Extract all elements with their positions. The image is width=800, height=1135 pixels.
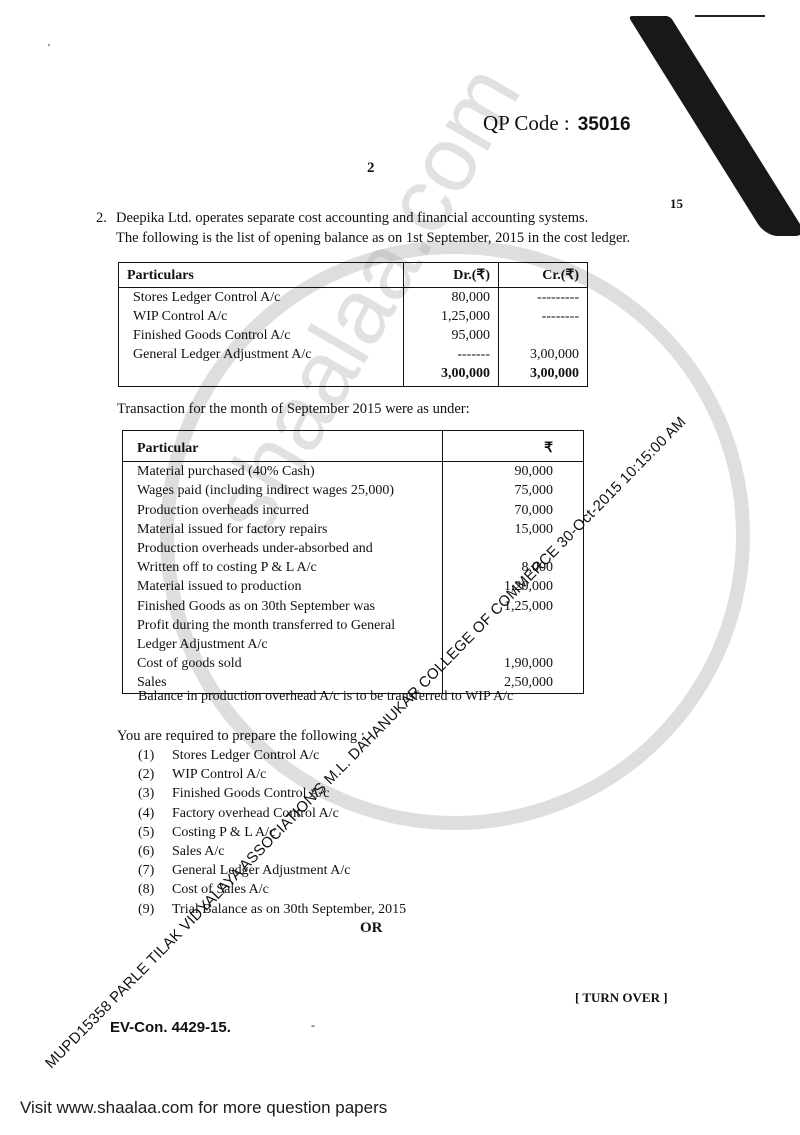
- cell-amount: [443, 539, 584, 558]
- cell-cr: 3,00,000: [499, 364, 588, 387]
- item-number: (9): [138, 900, 172, 919]
- cell-particular: Written off to costing P & L A/c: [123, 558, 443, 577]
- scan-smudge: [628, 16, 800, 236]
- item-number: (3): [138, 784, 172, 803]
- item-text: Cost of Sales A/c: [172, 880, 269, 899]
- item-text: Trial Balance as on 30th September, 2015: [172, 900, 406, 919]
- header-amount: ₹: [443, 431, 584, 462]
- table-header-row: Particular ₹: [123, 431, 584, 462]
- cell-amount: 15,000: [443, 520, 584, 539]
- cell-dr: -------: [404, 345, 499, 364]
- cell-amount: 1,90,000: [443, 654, 584, 673]
- transactions-table: Particular ₹ Material purchased (40% Cas…: [122, 430, 584, 694]
- cell-amount: [443, 635, 584, 654]
- table-row: Production overheads incurred70,000: [123, 501, 584, 520]
- item-number: (2): [138, 765, 172, 784]
- item-text: Stores Ledger Control A/c: [172, 746, 319, 765]
- table-row: Cost of goods sold1,90,000: [123, 654, 584, 673]
- ev-con-code: EV-Con. 4429-15.: [110, 1019, 231, 1036]
- cell-particular: Profit during the month transferred to G…: [123, 616, 443, 635]
- overhead-note: Balance in production overhead A/c is to…: [138, 689, 513, 705]
- question-number: 2.: [96, 208, 116, 228]
- cell-amount: 70,000: [443, 501, 584, 520]
- item-number: (6): [138, 842, 172, 861]
- scan-line: [695, 15, 765, 17]
- item-text: Finished Goods Control A/c: [172, 784, 330, 803]
- header-dr: Dr.(₹): [404, 263, 499, 288]
- opening-balance-table: Particulars Dr.(₹) Cr.(₹) Stores Ledger …: [118, 262, 588, 387]
- stray-mark: -: [311, 1018, 315, 1033]
- cell-cr: ---------: [499, 288, 588, 308]
- table-row: Material issued for factory repairs15,00…: [123, 520, 584, 539]
- item-number: (1): [138, 746, 172, 765]
- item-number: (5): [138, 823, 172, 842]
- cell-particular: Production overheads under-absorbed and: [123, 539, 443, 558]
- item-text: Factory overhead Control A/c: [172, 804, 339, 823]
- cell-particulars: Finished Goods Control A/c: [119, 326, 404, 345]
- list-item: (9)Trial Balance as on 30th September, 2…: [138, 900, 406, 919]
- transactions-intro: Transaction for the month of September 2…: [117, 401, 470, 418]
- qp-code-value: 35016: [578, 114, 631, 135]
- table-row: Wages paid (including indirect wages 25,…: [123, 481, 584, 500]
- list-item: (8)Cost of Sales A/c: [138, 880, 406, 899]
- visit-footer: Visit www.shaalaa.com for more question …: [20, 1098, 387, 1118]
- list-item: (5)Costing P & L A/c: [138, 823, 406, 842]
- requirements-intro: You are required to prepare the followin…: [117, 728, 365, 745]
- qp-code-label: QP Code :: [483, 111, 570, 135]
- qp-code: QP Code :35016: [483, 111, 631, 136]
- cell-amount: 1,25,000: [443, 597, 584, 616]
- cell-particulars: General Ledger Adjustment A/c: [119, 345, 404, 364]
- cell-amount: [443, 616, 584, 635]
- question-marks: 15: [670, 196, 683, 212]
- table-row: Profit during the month transferred to G…: [123, 616, 584, 635]
- cell-particulars: [119, 364, 404, 387]
- table-row: General Ledger Adjustment A/c-------3,00…: [119, 345, 588, 364]
- requirements-list: (1)Stores Ledger Control A/c(2)WIP Contr…: [138, 746, 406, 919]
- list-item: (2)WIP Control A/c: [138, 765, 406, 784]
- table-row: Stores Ledger Control A/c80,000---------: [119, 288, 588, 308]
- table-row: Material purchased (40% Cash)90,000: [123, 462, 584, 482]
- cell-particulars: Stores Ledger Control A/c: [119, 288, 404, 308]
- item-text: Sales A/c: [172, 842, 225, 861]
- scan-mark: ': [48, 42, 50, 54]
- list-item: (1)Stores Ledger Control A/c: [138, 746, 406, 765]
- question-intro: 2.Deepika Ltd. operates separate cost ac…: [96, 208, 630, 248]
- item-text: Costing P & L A/c: [172, 823, 275, 842]
- table-row: Production overheads under-absorbed and: [123, 539, 584, 558]
- header-particular: Particular: [123, 431, 443, 462]
- cell-particular: Finished Goods as on 30th September was: [123, 597, 443, 616]
- table-row: Material issued to production1,20,000: [123, 577, 584, 596]
- list-item: (4)Factory overhead Control A/c: [138, 804, 406, 823]
- cell-particular: Material issued to production: [123, 577, 443, 596]
- table-row: WIP Control A/c1,25,000--------: [119, 307, 588, 326]
- cell-amount: 1,20,000: [443, 577, 584, 596]
- list-item: (6)Sales A/c: [138, 842, 406, 861]
- table-row: Written off to costing P & L A/c8,000: [123, 558, 584, 577]
- cell-particular: Cost of goods sold: [123, 654, 443, 673]
- total-row: 3,00,0003,00,000: [119, 364, 588, 387]
- cell-cr: 3,00,000: [499, 345, 588, 364]
- cell-amount: 8,000: [443, 558, 584, 577]
- cell-amount: 90,000: [443, 462, 584, 482]
- cell-cr: --------: [499, 307, 588, 326]
- or-separator: OR: [360, 920, 383, 937]
- cell-dr: 80,000: [404, 288, 499, 308]
- turn-over: [ TURN OVER ]: [575, 990, 668, 1006]
- cell-amount: 75,000: [443, 481, 584, 500]
- cell-particular: Material issued for factory repairs: [123, 520, 443, 539]
- cell-cr: [499, 326, 588, 345]
- list-item: (7)General Ledger Adjustment A/c: [138, 861, 406, 880]
- item-text: WIP Control A/c: [172, 765, 266, 784]
- table-row: Ledger Adjustment A/c: [123, 635, 584, 654]
- cell-dr: 3,00,000: [404, 364, 499, 387]
- table-row: Finished Goods Control A/c95,000: [119, 326, 588, 345]
- cell-particular: Production overheads incurred: [123, 501, 443, 520]
- page-number: 2: [367, 160, 375, 177]
- cell-particular: Wages paid (including indirect wages 25,…: [123, 481, 443, 500]
- table-header-row: Particulars Dr.(₹) Cr.(₹): [119, 263, 588, 288]
- item-text: General Ledger Adjustment A/c: [172, 861, 350, 880]
- cell-particular: Material purchased (40% Cash): [123, 462, 443, 482]
- cell-particulars: WIP Control A/c: [119, 307, 404, 326]
- intro-line-2: The following is the list of opening bal…: [96, 228, 630, 248]
- cell-particular: Ledger Adjustment A/c: [123, 635, 443, 654]
- header-particulars: Particulars: [119, 263, 404, 288]
- header-cr: Cr.(₹): [499, 263, 588, 288]
- table-row: Finished Goods as on 30th September was1…: [123, 597, 584, 616]
- cell-dr: 95,000: [404, 326, 499, 345]
- intro-line-1: Deepika Ltd. operates separate cost acco…: [116, 210, 588, 226]
- item-number: (4): [138, 804, 172, 823]
- item-number: (7): [138, 861, 172, 880]
- item-number: (8): [138, 880, 172, 899]
- list-item: (3)Finished Goods Control A/c: [138, 784, 406, 803]
- cell-dr: 1,25,000: [404, 307, 499, 326]
